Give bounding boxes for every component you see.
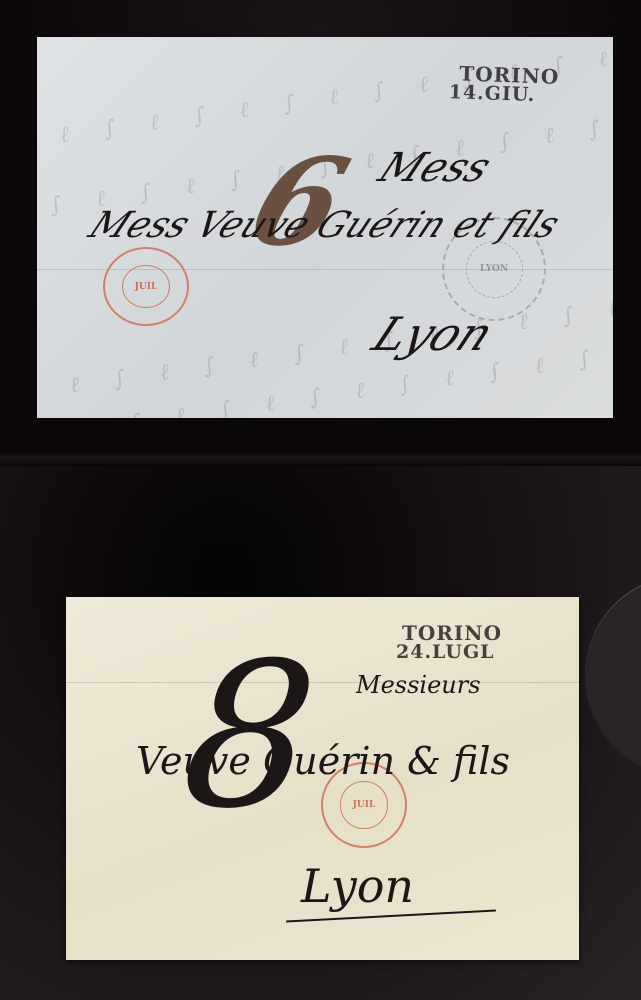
torino-straight-line-postmark: TORINO 14.GIU. — [448, 63, 559, 106]
address-line-2: Veuve Guérin & fils — [136, 739, 510, 783]
red-transit-datestamp: JUIL — [103, 247, 189, 326]
cds-town: LYON — [466, 241, 523, 298]
address-line-1: Mess — [371, 145, 498, 191]
address-city: Lyon — [301, 859, 414, 913]
postal-cover-1: ℓ ∫ ℓ ∫ ℓ ∫ ℓ ∫ ℓ ∫ ℓ ∫ ℓ ∫ ℓ ∫ ℓ ∫ ℓ ∫ … — [37, 37, 613, 418]
torino-straight-line-postmark: TORINO 24.LUGL — [396, 623, 502, 662]
postal-cover-2: TORINO 24.LUGL JUIL 8 Messieurs Veuve Gu… — [66, 597, 579, 960]
address-city: Lyon — [364, 307, 502, 361]
cds-date: JUIL — [122, 265, 169, 308]
address-line-2: Mess Veuve Guérin et fils — [82, 205, 566, 246]
cds-date: JUIL — [340, 781, 387, 828]
postmark-date: 24.LUGL — [396, 643, 502, 662]
postage-due-rate-marking: 6 — [234, 132, 363, 273]
postage-due-rate-marking: 8 — [175, 637, 323, 837]
fold-line — [66, 682, 579, 683]
album-strip-divider — [0, 450, 641, 466]
postmark-town: TORINO — [396, 623, 502, 643]
address-line-1: Messieurs — [356, 671, 481, 699]
